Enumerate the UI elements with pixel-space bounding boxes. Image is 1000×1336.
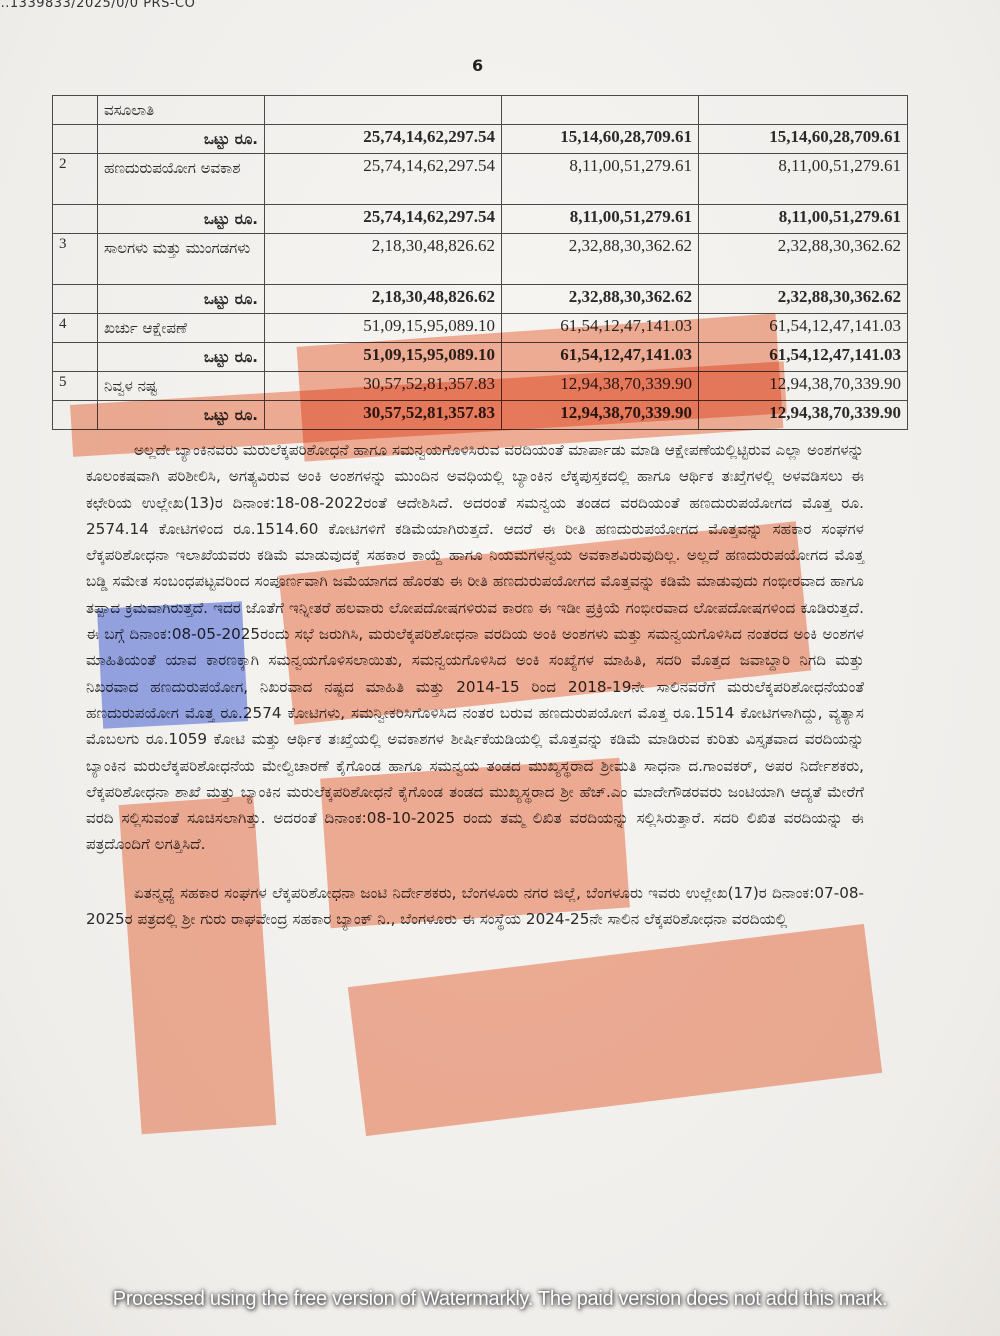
row-label: ಒಟ್ಟು ರೂ. (98, 343, 265, 372)
row-label: ಒಟ್ಟು ರೂ. (98, 401, 265, 430)
table-row: 4ಖರ್ಚು ಆಕ್ಷೇಪಣೆ51,09,15,95,089.1061,54,1… (53, 314, 908, 343)
reference-header: ...1339833/2025/0/0 PRS-CO (0, 0, 195, 11)
table-total-row: ಒಟ್ಟು ರೂ.25,74,14,62,297.5415,14,60,28,7… (53, 125, 908, 154)
row-label: ಸಾಲಗಳು ಮತ್ತು ಮುಂಗಡಗಳು (98, 234, 265, 285)
value-col-1 (265, 96, 502, 125)
table-total-row: ಒಟ್ಟು ರೂ.2,18,30,48,826.622,32,88,30,362… (53, 285, 908, 314)
row-number (53, 96, 98, 125)
value-col-3: 8,11,00,51,279.61 (699, 205, 908, 234)
row-number (53, 125, 98, 154)
row-label: ಒಟ್ಟು ರೂ. (98, 125, 265, 154)
page-number: 6 (472, 56, 483, 75)
value-col-2: 8,11,00,51,279.61 (502, 154, 699, 205)
value-col-2: 2,32,88,30,362.62 (502, 234, 699, 285)
value-col-2: 2,32,88,30,362.62 (502, 285, 699, 314)
table-total-row: ಒಟ್ಟು ರೂ.25,74,14,62,297.548,11,00,51,27… (53, 205, 908, 234)
value-col-3: 12,94,38,70,339.90 (699, 372, 908, 401)
row-label: ನಿವ್ವಳ ನಷ್ಟ (98, 372, 265, 401)
value-col-3: 61,54,12,47,141.03 (699, 343, 908, 372)
value-col-2: 61,54,12,47,141.03 (502, 343, 699, 372)
value-col-1: 30,57,52,81,357.83 (265, 401, 502, 430)
row-number: 3 (53, 234, 98, 285)
row-number (53, 343, 98, 372)
value-col-1: 30,57,52,81,357.83 (265, 372, 502, 401)
row-label: ಒಟ್ಟು ರೂ. (98, 205, 265, 234)
financial-table: ವಸೂಲಾತಿಒಟ್ಟು ರೂ.25,74,14,62,297.5415,14,… (52, 95, 908, 430)
value-col-1: 51,09,15,95,089.10 (265, 314, 502, 343)
table-row: 5ನಿವ್ವಳ ನಷ್ಟ30,57,52,81,357.8312,94,38,7… (53, 372, 908, 401)
body-text: ಅಲ್ಲದೇ ಬ್ಯಾಂಕಿನವರು ಮರುಲೆಕ್ಕಪರಿಶೋಧನೆ ಹಾಗೂ… (86, 437, 864, 932)
value-col-2: 12,94,38,70,339.90 (502, 372, 699, 401)
value-col-3: 8,11,00,51,279.61 (699, 154, 908, 205)
value-col-1: 25,74,14,62,297.54 (265, 205, 502, 234)
value-col-2: 12,94,38,70,339.90 (502, 401, 699, 430)
value-col-2: 8,11,00,51,279.61 (502, 205, 699, 234)
table-row: 2ಹಣದುರುಪಯೋಗ ಅವಕಾಶ25,74,14,62,297.548,11,… (53, 154, 908, 205)
row-number: 2 (53, 154, 98, 205)
row-number (53, 205, 98, 234)
watermark-text: Processed using the free version of Wate… (0, 1288, 1000, 1311)
row-label: ಒಟ್ಟು ರೂ. (98, 285, 265, 314)
value-col-1: 25,74,14,62,297.54 (265, 125, 502, 154)
value-col-3 (699, 96, 908, 125)
value-col-3: 61,54,12,47,141.03 (699, 314, 908, 343)
value-col-3: 2,32,88,30,362.62 (699, 285, 908, 314)
row-label: ವಸೂಲಾತಿ (98, 96, 265, 125)
value-col-1: 2,18,30,48,826.62 (265, 234, 502, 285)
table-total-row: ಒಟ್ಟು ರೂ.30,57,52,81,357.8312,94,38,70,3… (53, 401, 908, 430)
value-col-3: 12,94,38,70,339.90 (699, 401, 908, 430)
value-col-1: 25,74,14,62,297.54 (265, 154, 502, 205)
value-col-1: 2,18,30,48,826.62 (265, 285, 502, 314)
value-col-3: 2,32,88,30,362.62 (699, 234, 908, 285)
row-label: ಹಣದುರುಪಯೋಗ ಅವಕಾಶ (98, 154, 265, 205)
row-number: 5 (53, 372, 98, 401)
value-col-2 (502, 96, 699, 125)
value-col-1: 51,09,15,95,089.10 (265, 343, 502, 372)
value-col-2: 61,54,12,47,141.03 (502, 314, 699, 343)
table-total-row: ಒಟ್ಟು ರೂ.51,09,15,95,089.1061,54,12,47,1… (53, 343, 908, 372)
value-col-3: 15,14,60,28,709.61 (699, 125, 908, 154)
row-number (53, 285, 98, 314)
paragraph-2: ಏತನ್ಮಧ್ಯೆ ಸಹಕಾರ ಸಂಘಗಳ ಲೆಕ್ಕಪರಿಶೋಧನಾ ಜಂಟಿ… (86, 880, 864, 933)
value-col-2: 15,14,60,28,709.61 (502, 125, 699, 154)
row-label: ಖರ್ಚು ಆಕ್ಷೇಪಣೆ (98, 314, 265, 343)
table-row: ವಸೂಲಾತಿ (53, 96, 908, 125)
paragraph-1: ಅಲ್ಲದೇ ಬ್ಯಾಂಕಿನವರು ಮರುಲೆಕ್ಕಪರಿಶೋಧನೆ ಹಾಗೂ… (86, 437, 864, 858)
row-number: 4 (53, 314, 98, 343)
table-row: 3ಸಾಲಗಳು ಮತ್ತು ಮುಂಗಡಗಳು2,18,30,48,826.622… (53, 234, 908, 285)
row-number (53, 401, 98, 430)
